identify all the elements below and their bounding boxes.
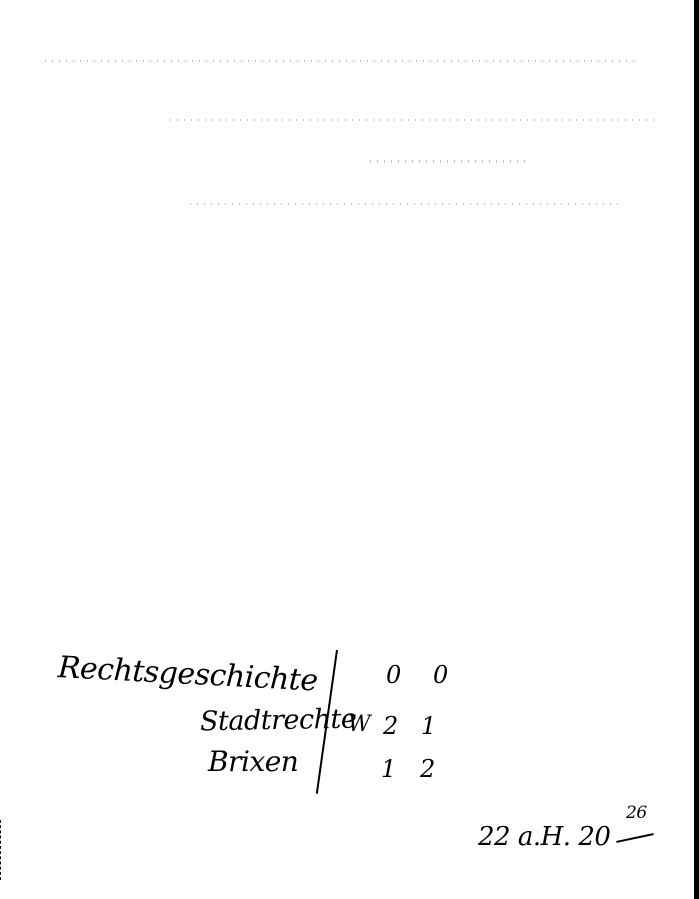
entry-value: 0 xyxy=(386,661,401,689)
entry-value: 2 xyxy=(420,755,435,783)
entry-value: 0 xyxy=(433,661,448,689)
bleed-through-line xyxy=(370,160,530,163)
entry-value: 2 xyxy=(383,712,398,740)
entry-term-stadtrechte: Stadtrechte xyxy=(200,704,357,738)
entry-value: 1 xyxy=(381,755,396,783)
entry-value: 1 xyxy=(421,712,436,740)
date-underline xyxy=(616,833,654,843)
scanned-page: Rechtsgeschichte Stadtrechte Brixen W 0 … xyxy=(0,0,699,899)
scan-edge-marks xyxy=(0,820,2,880)
entry-marker: W xyxy=(348,712,370,737)
entry-term-rechtsgeschichte: Rechtsgeschichte xyxy=(57,650,318,699)
date-superscript: 26 xyxy=(626,803,647,823)
bleed-through-line xyxy=(190,203,620,205)
scan-border xyxy=(694,0,699,899)
bleed-through-line xyxy=(170,119,660,121)
entry-term-brixen: Brixen xyxy=(208,745,298,778)
date-stamp: 22 a.H. 20 xyxy=(478,822,610,852)
bleed-through-line xyxy=(45,60,640,62)
